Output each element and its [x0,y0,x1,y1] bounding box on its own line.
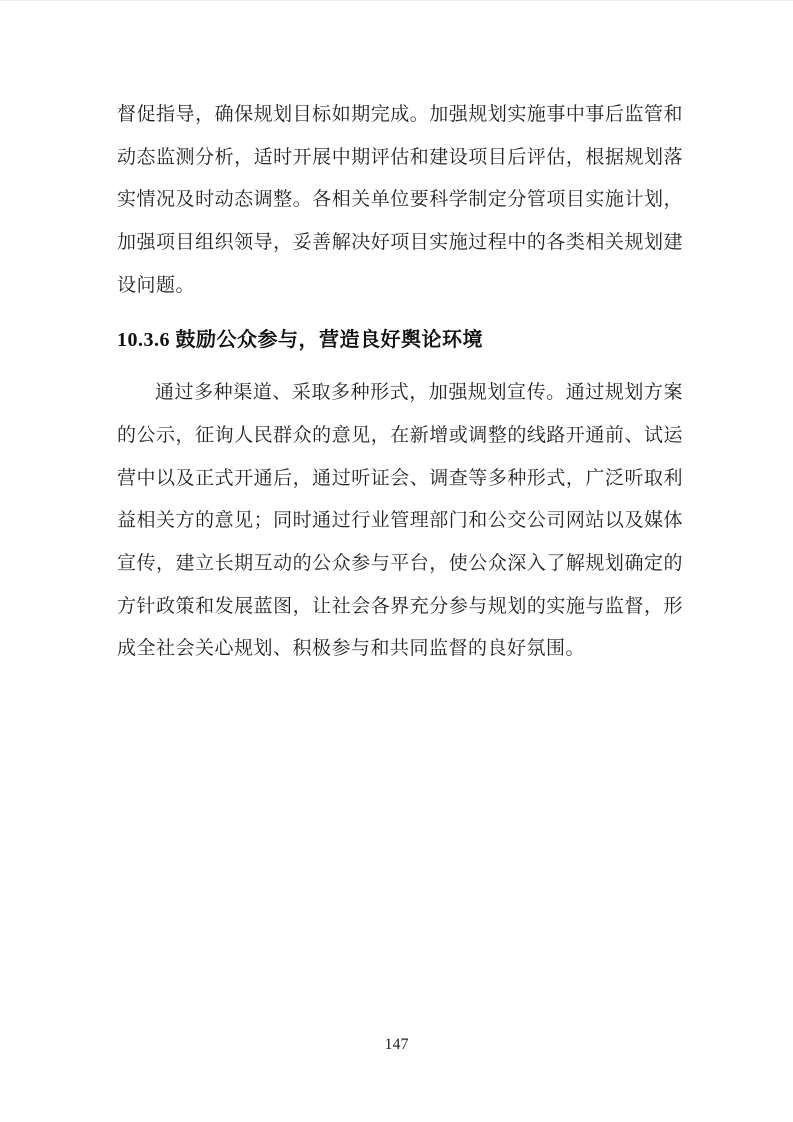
section-heading-10-3-6: 10.3.6 鼓励公众参与，营造良好舆论环境 [117,319,683,362]
page-number: 147 [0,1034,793,1056]
paragraph-body: 通过多种渠道、采取多种形式，加强规划宣传。通过规划方案的公示，征询人民群众的意见… [117,372,683,671]
paragraph-continuation: 督促指导，确保规划目标如期完成。加强规划实施事中事后监管和动态监测分析，适时开展… [117,94,683,308]
page-content: 督促指导，确保规划目标如期完成。加强规划实施事中事后监管和动态监测分析，适时开展… [117,94,683,671]
document-page: 督促指导，确保规划目标如期完成。加强规划实施事中事后监管和动态监测分析，适时开展… [0,0,793,1122]
